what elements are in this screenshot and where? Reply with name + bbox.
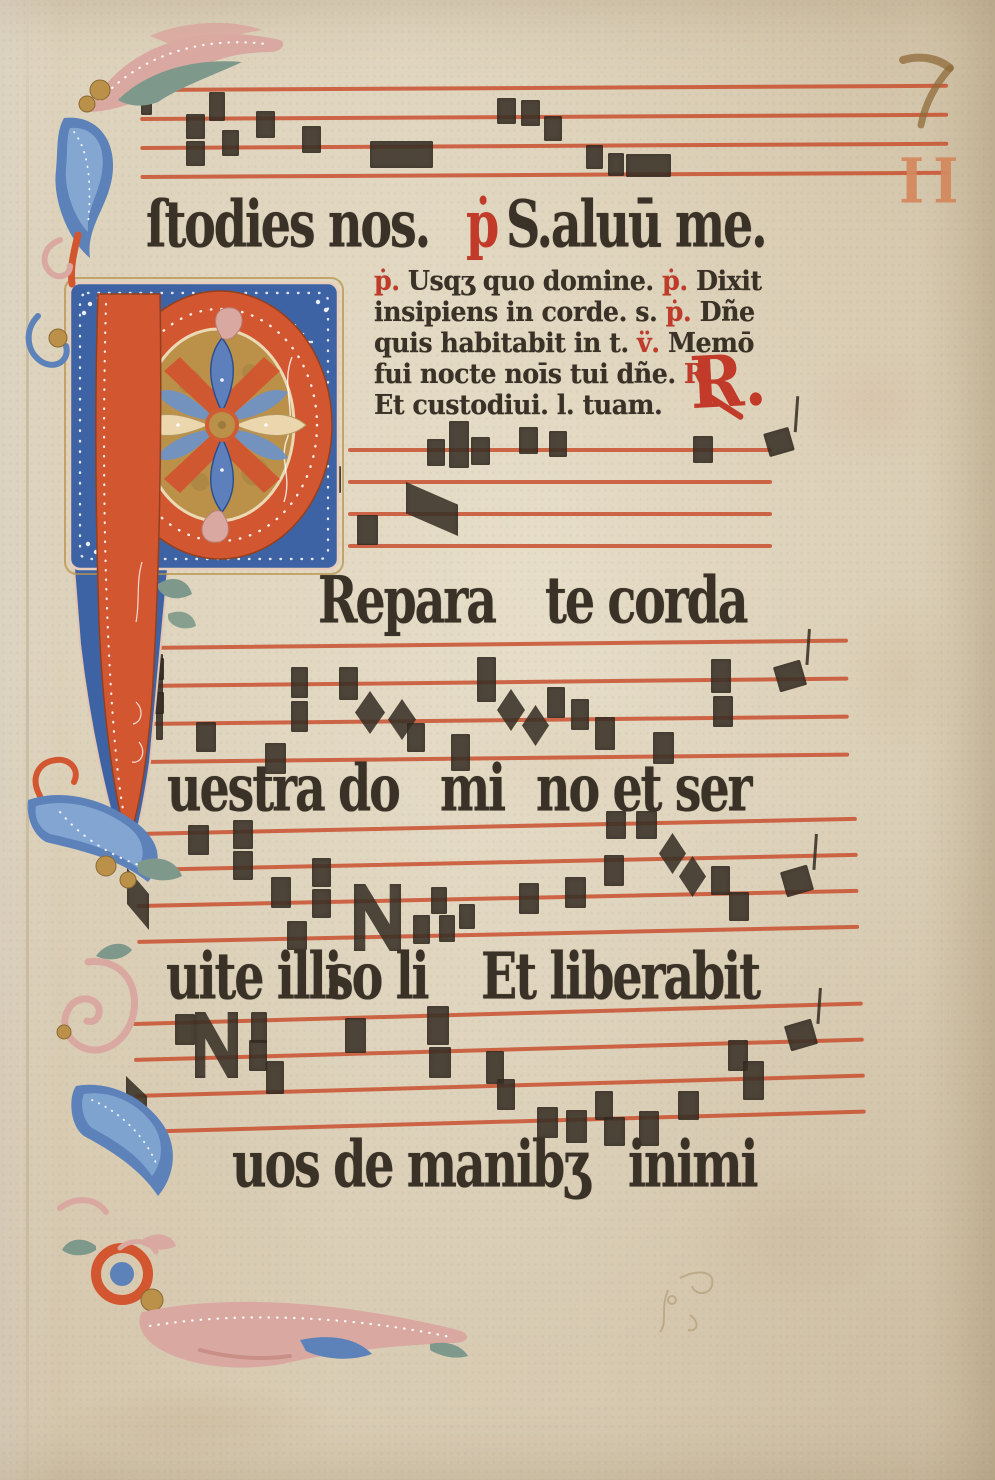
pen-flourish — [660, 1272, 712, 1332]
border-mid-foliage — [28, 760, 182, 888]
border-bottom-leaf — [139, 1302, 468, 1368]
border-bottom-corner — [62, 1234, 176, 1311]
border-lower-curl — [57, 944, 135, 1050]
border-foliage — [0, 0, 995, 1480]
border-top-foliage — [79, 23, 283, 112]
corner-pen-mark — [903, 58, 950, 125]
border-left-vine — [29, 118, 113, 365]
border-lower-blue-leaf — [60, 1085, 173, 1212]
manuscript-page: ſtodies nos.ṗS.aluū me.Reparate cordaues… — [0, 0, 995, 1480]
